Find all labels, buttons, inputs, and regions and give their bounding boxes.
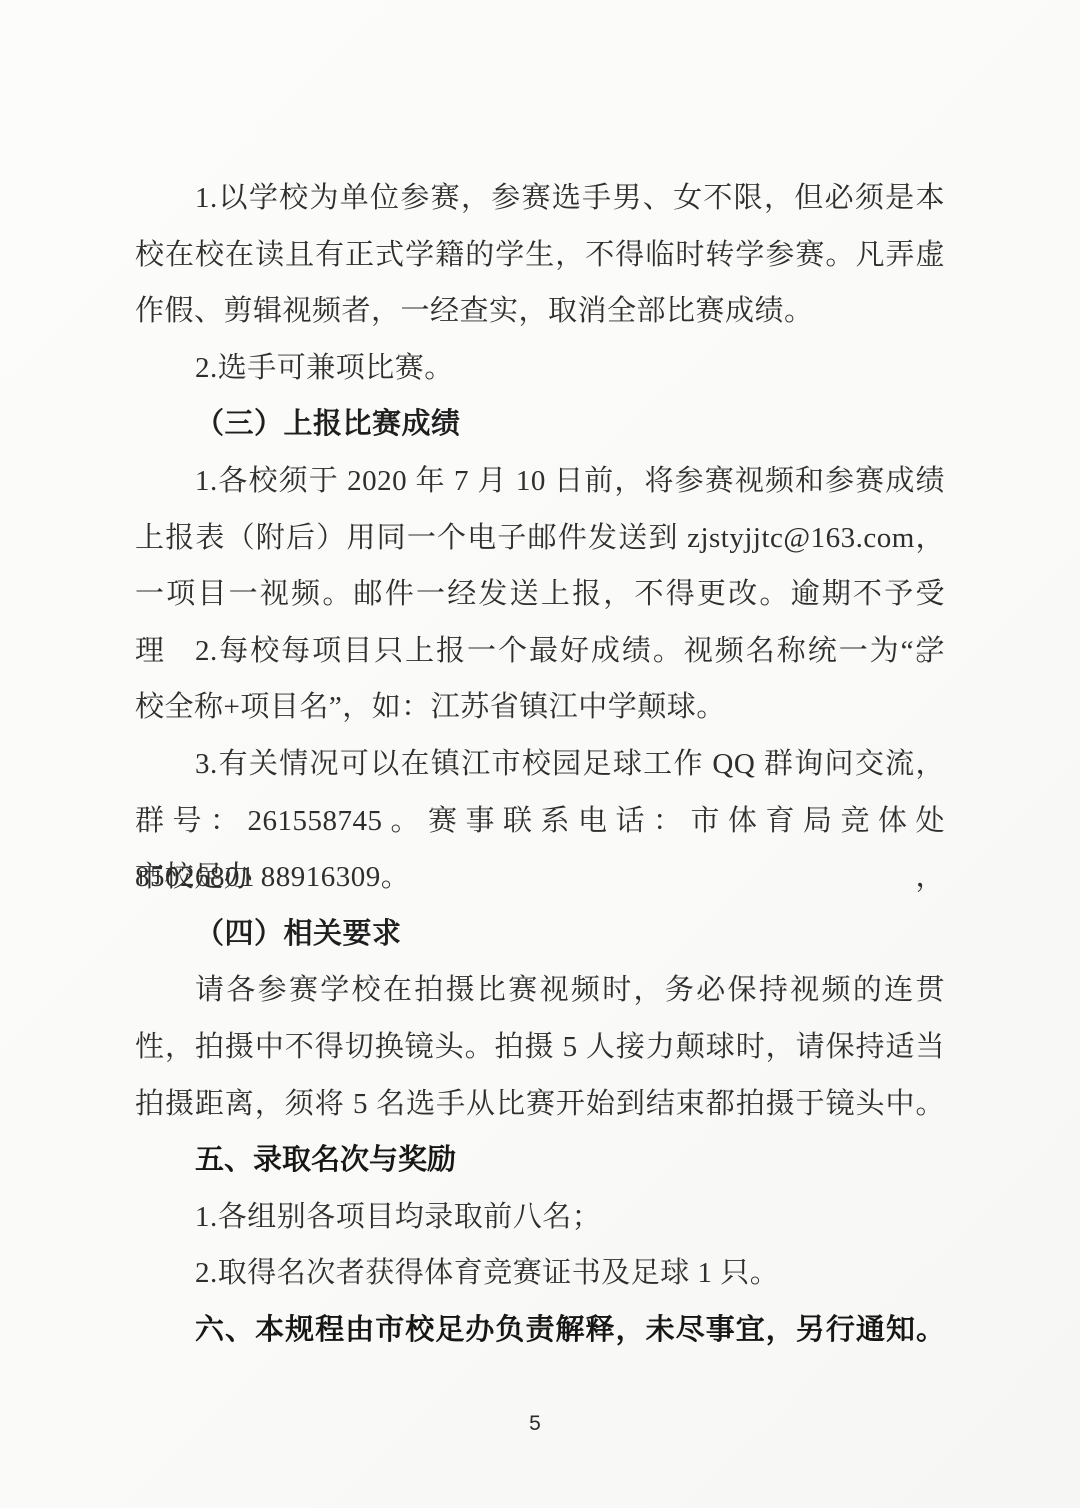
document-line: 性，拍摄中不得切换镜头。拍摄 5 人接力颠球时，请保持适当 — [135, 1019, 945, 1076]
document-line: 上报表（附后）用同一个电子邮件发送到 zjstyjjtc@163.com， — [135, 510, 945, 567]
document-line: 拍摄距离，须将 5 名选手从比赛开始到结束都拍摄于镜头中。 — [135, 1076, 945, 1133]
document-line: 作假、剪辑视频者，一经查实，取消全部比赛成绩。 — [135, 283, 945, 340]
document-line: 请各参赛学校在拍摄比赛视频时，务必保持视频的连贯 — [135, 962, 945, 1019]
document-line: 2.取得名次者获得体育竞赛证书及足球 1 只。 — [135, 1245, 945, 1302]
section-heading-line: 五、录取名次与奖励 — [135, 1132, 945, 1189]
document-line: 3.有关情况可以在镇江市校园足球工作 QQ 群询问交流， — [135, 736, 945, 793]
document-line: 群号：261558745。赛事联系电话：市体育局竞体处 85026801， — [135, 793, 945, 850]
section-heading-line: （四）相关要求 — [135, 906, 945, 963]
page-number: 5 — [0, 1412, 1070, 1436]
document-line: 1.以学校为单位参赛，参赛选手男、女不限，但必须是本 — [135, 170, 945, 227]
document-line: 2.每校每项目只上报一个最好成绩。视频名称统一为“学 — [135, 623, 945, 680]
section-heading-line: 六、本规程由市校足办负责解释，未尽事宜，另行通知。 — [135, 1302, 945, 1359]
document-line: 1.各校须于 2020 年 7 月 10 日前，将参赛视频和参赛成绩 — [135, 453, 945, 510]
document-line: 校全称+项目名”，如：江苏省镇江中学颠球。 — [135, 679, 945, 736]
document-line: 2.选手可兼项比赛。 — [135, 340, 945, 397]
section-heading-line: （三）上报比赛成绩 — [135, 396, 945, 453]
document-body: 1.以学校为单位参赛，参赛选手男、女不限，但必须是本校在校在读且有正式学籍的学生… — [135, 170, 945, 1358]
document-line: 校在校在读且有正式学籍的学生，不得临时转学参赛。凡弄虚 — [135, 227, 945, 284]
document-line: 1.各组别各项目均录取前八名； — [135, 1189, 945, 1246]
document-line: 一项目一视频。邮件一经发送上报，不得更改。逾期不予受理。 — [135, 566, 945, 623]
scanned-document-page: 1.以学校为单位参赛，参赛选手男、女不限，但必须是本校在校在读且有正式学籍的学生… — [0, 0, 1080, 1508]
